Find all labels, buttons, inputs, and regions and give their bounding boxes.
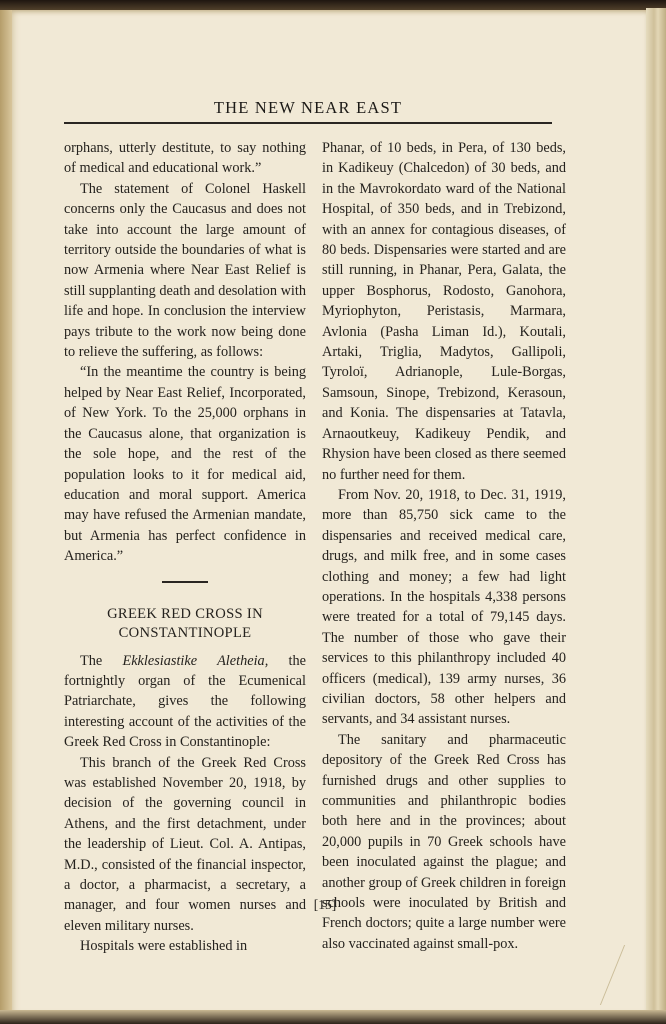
section-title-line: CONSTANTINOPLE: [64, 624, 306, 643]
paragraph: The Ekklesiastike Aletheia, the fortnigh…: [64, 651, 306, 753]
publication-title: Ekklesiastike Aletheia,: [122, 653, 268, 669]
paragraph: From Nov. 20, 1918, to Dec. 31, 1919, mo…: [322, 485, 566, 730]
book-bottom-edge: [0, 1010, 666, 1024]
quote-paragraph: “In the meantime the country is being he…: [64, 362, 306, 566]
left-column: orphans, utterly destitute, to say nothi…: [64, 138, 306, 957]
paragraph: orphans, utterly destitute, to say nothi…: [64, 138, 306, 179]
right-column: Phanar, of 10 beds, in Pera, of 130 beds…: [322, 138, 566, 954]
page-number: [15]: [300, 897, 350, 913]
paragraph: The statement of Colonel Haskell concern…: [64, 179, 306, 363]
book-gutter: [0, 10, 12, 1013]
running-header: THE NEW NEAR EAST: [64, 98, 552, 118]
header-rule: [64, 122, 552, 124]
section-title: GREEK RED CROSS IN CONSTANTINOPLE: [64, 605, 306, 643]
paragraph: This branch of the Greek Red Cross was e…: [64, 753, 306, 937]
page-edges: [646, 8, 666, 1018]
paragraph: The sanitary and pharmaceutic depository…: [322, 730, 566, 954]
text: The: [80, 653, 122, 669]
paragraph: Hospitals were established in: [64, 936, 306, 956]
paragraph: Phanar, of 10 beds, in Pera, of 130 beds…: [322, 138, 566, 485]
section-title-line: GREEK RED CROSS IN: [64, 605, 306, 624]
section-divider: [162, 581, 208, 583]
